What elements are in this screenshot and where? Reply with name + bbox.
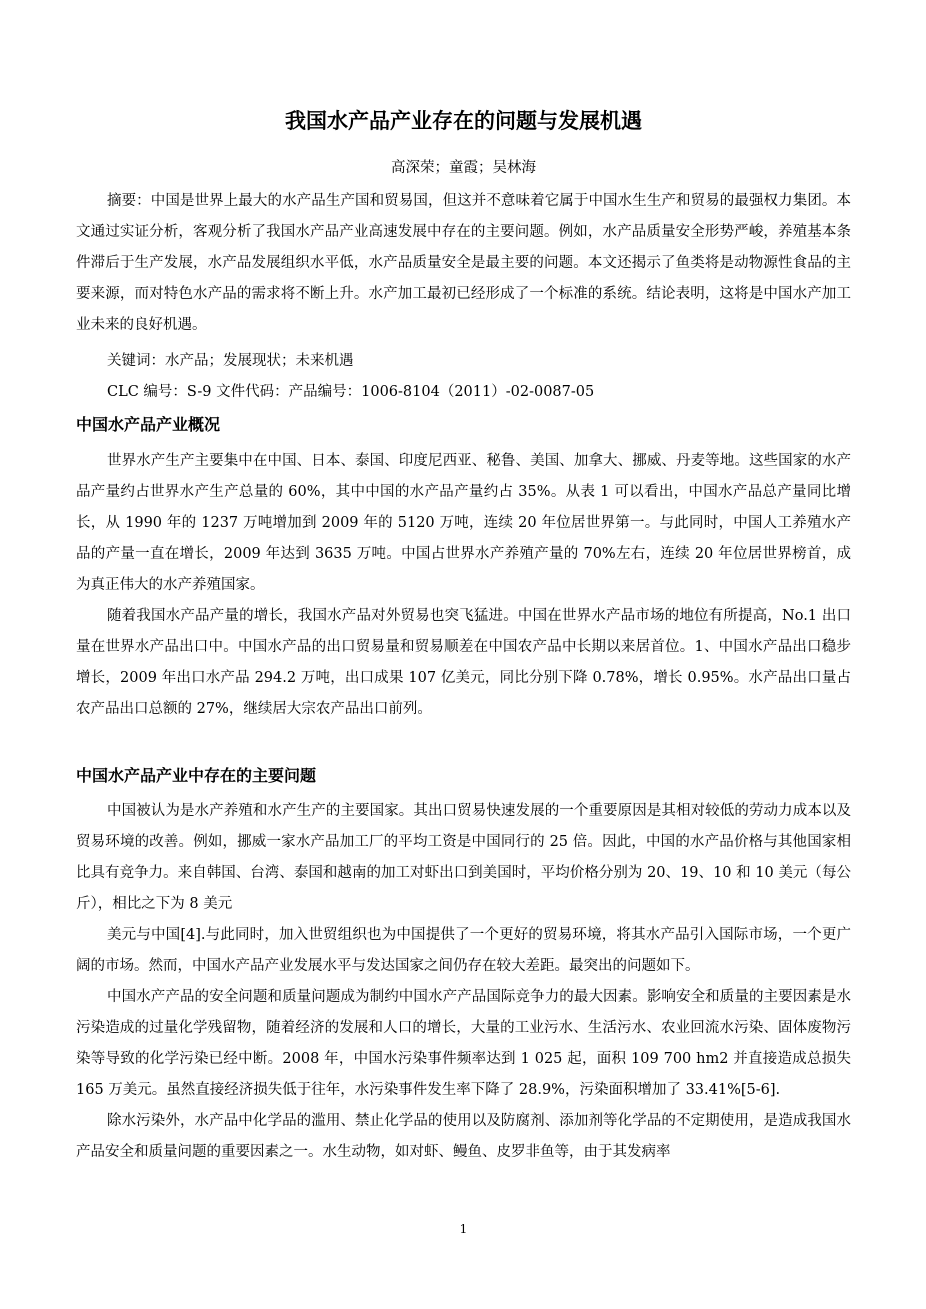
section-heading-overview: 中国水产品产业概况 <box>76 413 220 437</box>
abstract-text: 摘要：中国是世界上最大的水产品生产国和贸易国，但这并不意味着它属于中国水生生产和… <box>76 186 851 341</box>
clc-number: CLC 编号：S-9 文件代码：产品编号：1006-8104（2011）-02-… <box>107 381 594 403</box>
paragraph: 美元与中国[4].与此同时，加入世贸组织也为中国提供了一个更好的贸易环境，将其水… <box>76 920 851 982</box>
paragraph: 中国水产产品的安全问题和质量问题成为制约中国水产产品国际竞争力的最大因素。影响安… <box>76 982 851 1106</box>
keywords: 关键词：水产品；发展现状；未来机遇 <box>107 350 354 372</box>
document-title: 我国水产品产业存在的问题与发展机遇 <box>76 106 851 136</box>
authors: 高深荣；童霞；吴林海 <box>76 157 851 179</box>
section-heading-problems: 中国水产品产业中存在的主要问题 <box>76 764 316 788</box>
page-number: 1 <box>76 1222 851 1236</box>
section-problems-body: 中国被认为是水产养殖和水产生产的主要国家。其出口贸易快速发展的一个重要原因是其相… <box>76 796 851 1168</box>
paragraph: 随着我国水产品产量的增长，我国水产品对外贸易也突飞猛进。中国在世界水产品市场的地… <box>76 601 851 725</box>
paragraph: 除水污染外，水产品中化学品的滥用、禁止化学品的使用以及防腐剂、添加剂等化学品的不… <box>76 1106 851 1168</box>
paragraph: 中国被认为是水产养殖和水产生产的主要国家。其出口贸易快速发展的一个重要原因是其相… <box>76 796 851 920</box>
section-overview-body: 世界水产生产主要集中在中国、日本、泰国、印度尼西亚、秘鲁、美国、加拿大、挪威、丹… <box>76 446 851 725</box>
paragraph: 世界水产生产主要集中在中国、日本、泰国、印度尼西亚、秘鲁、美国、加拿大、挪威、丹… <box>76 446 851 601</box>
abstract: 摘要：中国是世界上最大的水产品生产国和贸易国，但这并不意味着它属于中国水生生产和… <box>76 186 851 341</box>
